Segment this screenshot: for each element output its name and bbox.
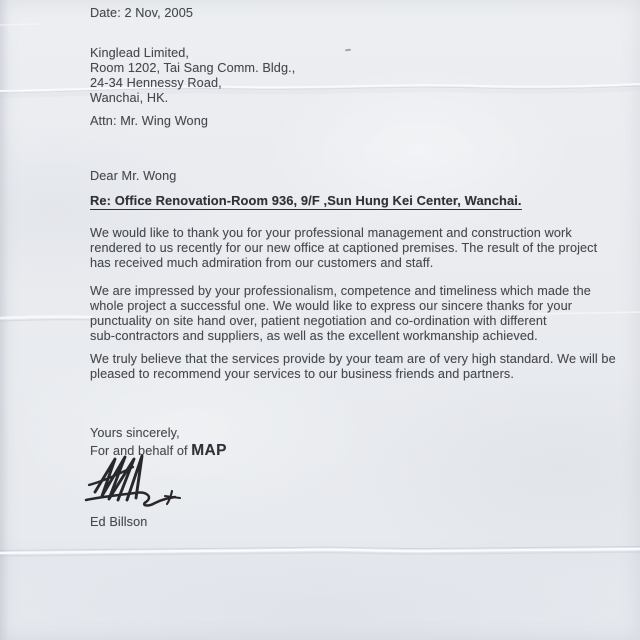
letter-content: Date: 2 Nov, 2005 Kinglead Limited, Room…: [0, 0, 640, 640]
body-paragraph-line: whole project a successful one. We would…: [90, 299, 572, 314]
attention-line: Attn: Mr. Wing Wong: [90, 114, 208, 129]
closing-line: Yours sincerely,: [90, 426, 180, 441]
signatory-name: Ed Billson: [90, 515, 147, 530]
body-paragraph-line: rendered to us recently for our new offi…: [90, 241, 597, 256]
body-paragraph-line: We truly believe that the services provi…: [90, 352, 616, 367]
body-paragraph-line: We are impressed by your professionalism…: [90, 284, 591, 299]
body-paragraph-line: We would like to thank you for your prof…: [90, 226, 572, 241]
recipient-address-line: 24-34 Hennessy Road,: [90, 76, 222, 91]
body-paragraph-line: has received much admiration from our cu…: [90, 256, 433, 271]
handwritten-signature-icon: [84, 452, 202, 510]
subject-line-row: Re: Office Renovation-Room 936, 9/F ,Sun…: [90, 193, 522, 209]
subject-line: Re: Office Renovation-Room 936, 9/F ,Sun…: [90, 193, 522, 210]
date-line: Date: 2 Nov, 2005: [90, 6, 193, 21]
body-paragraph-line: punctuality on site hand over, patient n…: [90, 314, 547, 329]
body-paragraph-line: pleased to recommend your services to ou…: [90, 367, 514, 382]
salutation: Dear Mr. Wong: [90, 169, 176, 184]
recipient-company: Kinglead Limited,: [90, 46, 189, 61]
recipient-address-line: Wanchai, HK.: [90, 91, 168, 106]
paper-speck: [345, 49, 351, 51]
recipient-address-line: Room 1202, Tai Sang Comm. Bldg.,: [90, 61, 295, 76]
body-paragraph-line: sub-contractors and suppliers, as well a…: [90, 329, 538, 344]
scanned-letter-page: Date: 2 Nov, 2005 Kinglead Limited, Room…: [0, 0, 640, 640]
